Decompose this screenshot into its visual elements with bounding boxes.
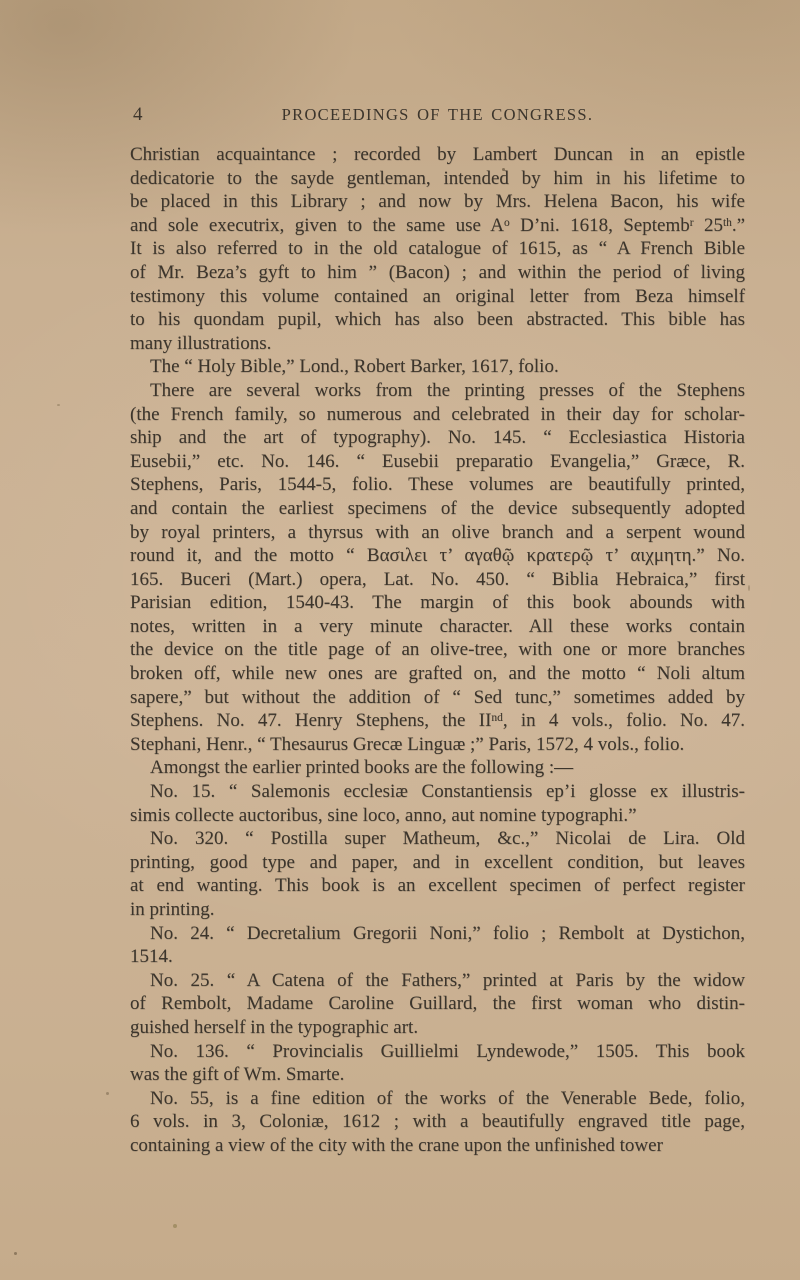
text-line: It is also referred to in the old catalo… <box>130 237 745 261</box>
paragraph: Amongst the earlier printed books are th… <box>130 756 745 780</box>
text-line: of Mr. Beza’s gyft to him ” (Bacon) ; an… <box>130 261 745 285</box>
text-line: and contain the earliest specimens of th… <box>130 497 745 521</box>
text-line: Amongst the earlier printed books are th… <box>130 756 745 780</box>
text-line: by royal printers, a thyrsus with an oli… <box>130 521 745 545</box>
text-line: and sole executrix, given to the same us… <box>130 214 745 238</box>
paragraph: The “ Holy Bible,” Lond., Robert Barker,… <box>130 355 745 379</box>
text-line: 165. Buceri (Mart.) opera, Lat. No. 450.… <box>130 568 745 592</box>
paper-speck <box>748 585 750 591</box>
page-header: 4 PROCEEDINGS OF THE CONGRESS. <box>130 104 745 128</box>
text-line: notes, written in a very minute characte… <box>130 615 745 639</box>
paper-speck <box>57 404 60 406</box>
text-line: Parisian edition, 1540-43. The margin of… <box>130 591 745 615</box>
paragraph: No. 25. “ A Catena of the Fathers,” prin… <box>130 969 745 1040</box>
paper-speck <box>106 1092 109 1095</box>
text-line: of Rembolt, Madame Caroline Guillard, th… <box>130 992 745 1016</box>
text-line: No. 15. “ Salemonis ecclesiæ Constantien… <box>130 780 745 804</box>
text-line: No. 55, is a fine edition of the works o… <box>130 1087 745 1111</box>
text-line: printing, good type and paper, and in ex… <box>130 851 745 875</box>
text-line: testimony this volume contained an origi… <box>130 285 745 309</box>
paper-speck <box>502 168 505 171</box>
paragraph: There are several works from the printin… <box>130 379 745 757</box>
text-line: simis collecte auctoribus, sine loco, an… <box>130 804 745 828</box>
text-block: Christian acquaintance ; recorded by Lam… <box>130 143 745 1158</box>
text-line: the device on the title page of an olive… <box>130 638 745 662</box>
text-line: No. 24. “ Decretalium Gregorii Noni,” fo… <box>130 922 745 946</box>
text-line: Eusebii,” etc. No. 146. “ Eusebii prepar… <box>130 450 745 474</box>
text-line: Stephens. No. 47. Henry Stephens, the II… <box>130 709 745 733</box>
text-line: Stephens, Paris, 1544-5, folio. These vo… <box>130 473 745 497</box>
text-line: (the French family, so numerous and cele… <box>130 403 745 427</box>
text-line: dedicatorie to the sayde gentleman, inte… <box>130 167 745 191</box>
text-line: No. 25. “ A Catena of the Fathers,” prin… <box>130 969 745 993</box>
text-line: sapere,” but without the addition of “ S… <box>130 686 745 710</box>
paragraph: Christian acquaintance ; recorded by Lam… <box>130 143 745 355</box>
text-line: There are several works from the printin… <box>130 379 745 403</box>
text-line: be placed in this Library ; and now by M… <box>130 190 745 214</box>
text-line: in printing. <box>130 898 745 922</box>
text-line: No. 136. “ Provincialis Guillielmi Lynde… <box>130 1040 745 1064</box>
text-line: many illustrations. <box>130 332 745 356</box>
scanned-book-page: 4 PROCEEDINGS OF THE CONGRESS. Christian… <box>0 0 800 1280</box>
text-line: guished herself in the typographic art. <box>130 1016 745 1040</box>
text-line: at end wanting. This book is an excellen… <box>130 874 745 898</box>
paper-speck <box>14 1252 17 1255</box>
text-line: round it, and the motto “ Βασιλει τ’ αγα… <box>130 544 745 568</box>
paper-speck <box>173 1224 177 1228</box>
text-line: Christian acquaintance ; recorded by Lam… <box>130 143 745 167</box>
text-line: Stephani, Henr., “ Thesaurus Grecæ Lingu… <box>130 733 745 757</box>
text-line: ship and the art of typography). No. 145… <box>130 426 745 450</box>
text-line: The “ Holy Bible,” Lond., Robert Barker,… <box>130 355 745 379</box>
paragraph: No. 24. “ Decretalium Gregorii Noni,” fo… <box>130 922 745 969</box>
text-line: to his quondam pupil, which has also bee… <box>130 308 745 332</box>
running-head: PROCEEDINGS OF THE CONGRESS. <box>130 105 745 125</box>
text-line: was the gift of Wm. Smarte. <box>130 1063 745 1087</box>
paragraph: No. 320. “ Postilla super Matheum, &c.,”… <box>130 827 745 921</box>
text-line: broken off, while new ones are grafted o… <box>130 662 745 686</box>
text-line: 6 vols. in 3, Coloniæ, 1612 ; with a bea… <box>130 1110 745 1134</box>
paragraph: No. 55, is a fine edition of the works o… <box>130 1087 745 1158</box>
paragraph: No. 136. “ Provincialis Guillielmi Lynde… <box>130 1040 745 1087</box>
text-line: 1514. <box>130 945 745 969</box>
text-line: No. 320. “ Postilla super Matheum, &c.,”… <box>130 827 745 851</box>
paragraph: No. 15. “ Salemonis ecclesiæ Constantien… <box>130 780 745 827</box>
text-line: containing a view of the city with the c… <box>130 1134 745 1158</box>
